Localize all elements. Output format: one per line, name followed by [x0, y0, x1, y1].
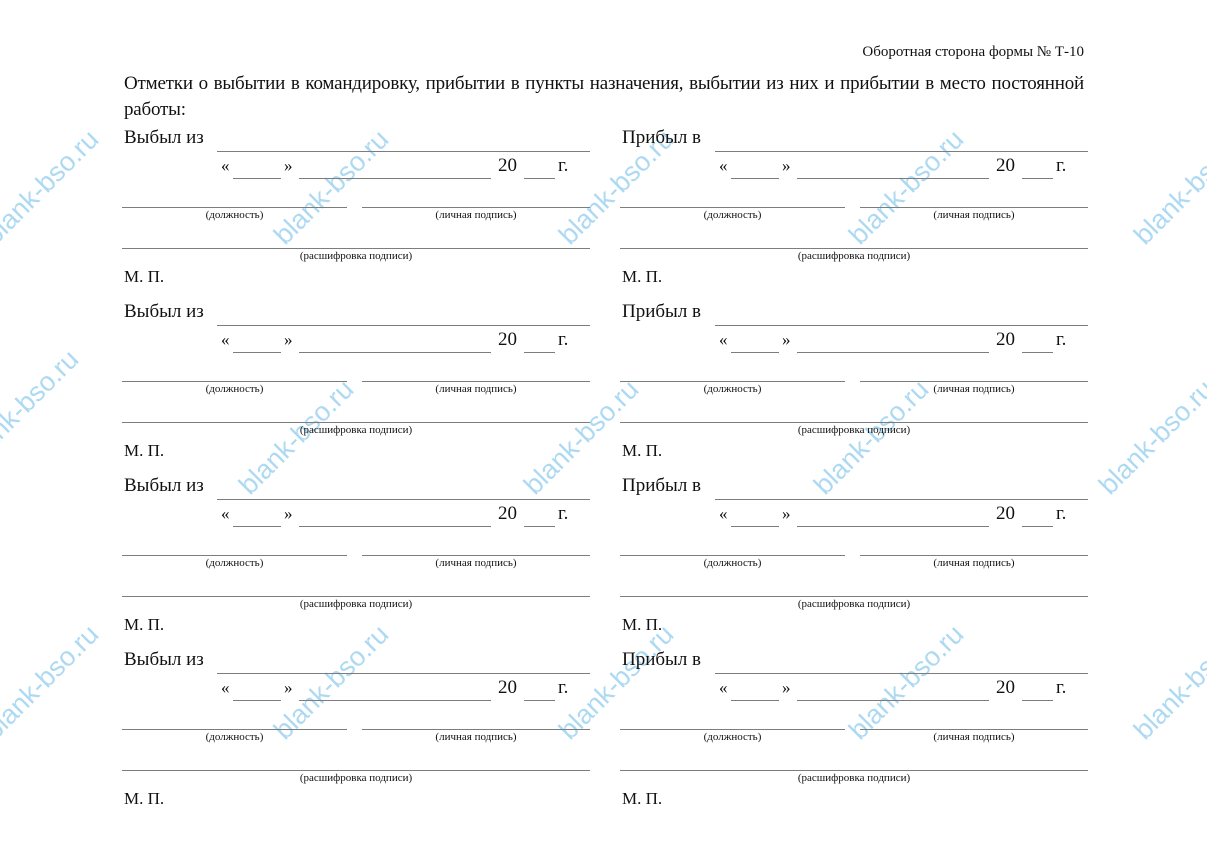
signature-caption: (личная подпись) [860, 209, 1088, 221]
stamp-label: М. П. [622, 615, 662, 635]
signature-caption: (личная подпись) [860, 731, 1088, 743]
position-field[interactable] [620, 729, 845, 730]
year-prefix: 20 [996, 155, 1015, 177]
signature-field[interactable] [362, 207, 590, 208]
direction-label: Выбыл из [124, 475, 204, 497]
signature-caption: (личная подпись) [362, 383, 590, 395]
place-field[interactable] [217, 151, 590, 152]
month-field[interactable] [797, 178, 989, 179]
travel-mark-block-departure: Выбыл из « » 20 г. (должность) (личная п… [124, 475, 590, 649]
year-prefix: 20 [498, 503, 517, 525]
year-field[interactable] [1022, 526, 1053, 527]
travel-mark-block-departure: Выбыл из « » 20 г. (должность) (личная п… [124, 127, 590, 301]
watermark-text: blank-bso.ru [0, 124, 105, 251]
quote-close: » [782, 504, 791, 524]
quote-open: « [221, 156, 230, 176]
quote-close: » [284, 156, 293, 176]
place-field[interactable] [217, 325, 590, 326]
place-field[interactable] [217, 673, 590, 674]
year-suffix: г. [1056, 677, 1066, 699]
month-field[interactable] [797, 352, 989, 353]
year-suffix: г. [558, 155, 568, 177]
position-field[interactable] [122, 207, 347, 208]
month-field[interactable] [797, 700, 989, 701]
stamp-label: М. П. [124, 615, 164, 635]
place-field[interactable] [715, 151, 1088, 152]
year-suffix: г. [1056, 503, 1066, 525]
position-field[interactable] [122, 729, 347, 730]
signature-decoding-field[interactable] [620, 596, 1088, 597]
direction-label: Прибыл в [622, 127, 701, 149]
signature-field[interactable] [362, 729, 590, 730]
position-caption: (должность) [122, 383, 347, 395]
day-field[interactable] [233, 700, 281, 701]
watermark-text: blank-bso.ru [1128, 619, 1207, 746]
quote-open: « [719, 504, 728, 524]
stamp-label: М. П. [622, 441, 662, 461]
year-prefix: 20 [996, 503, 1015, 525]
signature-decoding-field[interactable] [620, 248, 1088, 249]
quote-close: » [782, 678, 791, 698]
direction-label: Выбыл из [124, 127, 204, 149]
decoding-caption: (расшифровка подписи) [122, 250, 590, 262]
year-field[interactable] [524, 352, 555, 353]
year-suffix: г. [558, 329, 568, 351]
signature-field[interactable] [860, 729, 1088, 730]
place-field[interactable] [217, 499, 590, 500]
position-field[interactable] [620, 381, 845, 382]
month-field[interactable] [299, 526, 491, 527]
decoding-caption: (расшифровка подписи) [122, 772, 590, 784]
month-field[interactable] [299, 352, 491, 353]
year-field[interactable] [524, 526, 555, 527]
position-caption: (должность) [122, 731, 347, 743]
place-field[interactable] [715, 499, 1088, 500]
signature-field[interactable] [860, 381, 1088, 382]
quote-open: « [221, 330, 230, 350]
position-field[interactable] [620, 207, 845, 208]
year-field[interactable] [1022, 178, 1053, 179]
signature-field[interactable] [860, 555, 1088, 556]
place-field[interactable] [715, 325, 1088, 326]
quote-close: » [782, 156, 791, 176]
intro-text: Отметки о выбытии в командировку, прибыт… [124, 71, 1084, 123]
position-caption: (должность) [620, 209, 845, 221]
signature-caption: (личная подпись) [362, 209, 590, 221]
travel-mark-block-arrival: Прибыл в « » 20 г. (должность) (личная п… [622, 475, 1088, 649]
signature-decoding-field[interactable] [122, 596, 590, 597]
year-prefix: 20 [498, 329, 517, 351]
year-field[interactable] [524, 178, 555, 179]
travel-mark-block-departure: Выбыл из « » 20 г. (должность) (личная п… [124, 301, 590, 475]
day-field[interactable] [233, 352, 281, 353]
direction-label: Выбыл из [124, 649, 204, 671]
day-field[interactable] [233, 178, 281, 179]
position-caption: (должность) [122, 557, 347, 569]
year-suffix: г. [558, 677, 568, 699]
quote-open: « [719, 330, 728, 350]
direction-label: Выбыл из [124, 301, 204, 323]
position-field[interactable] [122, 555, 347, 556]
stamp-label: М. П. [124, 441, 164, 461]
signature-caption: (личная подпись) [860, 383, 1088, 395]
travel-mark-block-arrival: Прибыл в « » 20 г. (должность) (личная п… [622, 301, 1088, 475]
signature-caption: (личная подпись) [362, 731, 590, 743]
place-field[interactable] [715, 673, 1088, 674]
quote-open: « [221, 504, 230, 524]
decoding-caption: (расшифровка подписи) [122, 424, 590, 436]
position-field[interactable] [620, 555, 845, 556]
quote-close: » [782, 330, 791, 350]
decoding-caption: (расшифровка подписи) [620, 772, 1088, 784]
year-suffix: г. [558, 503, 568, 525]
watermark-text: blank-bso.ru [0, 344, 85, 471]
signature-caption: (личная подпись) [860, 557, 1088, 569]
position-caption: (должность) [620, 731, 845, 743]
direction-label: Прибыл в [622, 301, 701, 323]
quote-open: « [719, 156, 728, 176]
position-caption: (должность) [620, 557, 845, 569]
quote-close: » [284, 504, 293, 524]
year-prefix: 20 [996, 329, 1015, 351]
position-caption: (должность) [620, 383, 845, 395]
position-caption: (должность) [122, 209, 347, 221]
quote-close: » [284, 678, 293, 698]
day-field[interactable] [731, 178, 779, 179]
day-field[interactable] [731, 352, 779, 353]
signature-field[interactable] [362, 381, 590, 382]
position-field[interactable] [122, 381, 347, 382]
stamp-label: М. П. [622, 267, 662, 287]
decoding-caption: (расшифровка подписи) [620, 424, 1088, 436]
decoding-caption: (расшифровка подписи) [122, 598, 590, 610]
travel-mark-block-arrival: Прибыл в « » 20 г. (должность) (личная п… [622, 127, 1088, 301]
watermark-text: blank-bso.ru [1128, 124, 1207, 251]
day-field[interactable] [731, 526, 779, 527]
stamp-label: М. П. [124, 789, 164, 809]
watermark-text: blank-bso.ru [1093, 374, 1207, 501]
direction-label: Прибыл в [622, 475, 701, 497]
signature-decoding-field[interactable] [620, 422, 1088, 423]
month-field[interactable] [299, 178, 491, 179]
year-field[interactable] [524, 700, 555, 701]
watermark-text: blank-bso.ru [0, 619, 105, 746]
signature-field[interactable] [362, 555, 590, 556]
form-reference: Оборотная сторона формы № Т-10 [862, 44, 1084, 61]
year-suffix: г. [1056, 329, 1066, 351]
month-field[interactable] [797, 526, 989, 527]
day-field[interactable] [233, 526, 281, 527]
day-field[interactable] [731, 700, 779, 701]
decoding-caption: (расшифровка подписи) [620, 598, 1088, 610]
year-prefix: 20 [996, 677, 1015, 699]
decoding-caption: (расшифровка подписи) [620, 250, 1088, 262]
quote-open: « [221, 678, 230, 698]
signature-decoding-field[interactable] [620, 770, 1088, 771]
stamp-label: М. П. [124, 267, 164, 287]
travel-mark-block-departure: Выбыл из « » 20 г. (должность) (личная п… [124, 649, 590, 823]
year-field[interactable] [1022, 352, 1053, 353]
year-suffix: г. [1056, 155, 1066, 177]
quote-close: » [284, 330, 293, 350]
signature-field[interactable] [860, 207, 1088, 208]
year-prefix: 20 [498, 677, 517, 699]
quote-open: « [719, 678, 728, 698]
direction-label: Прибыл в [622, 649, 701, 671]
signature-decoding-field[interactable] [122, 248, 590, 249]
year-prefix: 20 [498, 155, 517, 177]
year-field[interactable] [1022, 700, 1053, 701]
stamp-label: М. П. [622, 789, 662, 809]
signature-decoding-field[interactable] [122, 770, 590, 771]
signature-decoding-field[interactable] [122, 422, 590, 423]
month-field[interactable] [299, 700, 491, 701]
signature-caption: (личная подпись) [362, 557, 590, 569]
travel-mark-block-arrival: Прибыл в « » 20 г. (должность) (личная п… [622, 649, 1088, 823]
